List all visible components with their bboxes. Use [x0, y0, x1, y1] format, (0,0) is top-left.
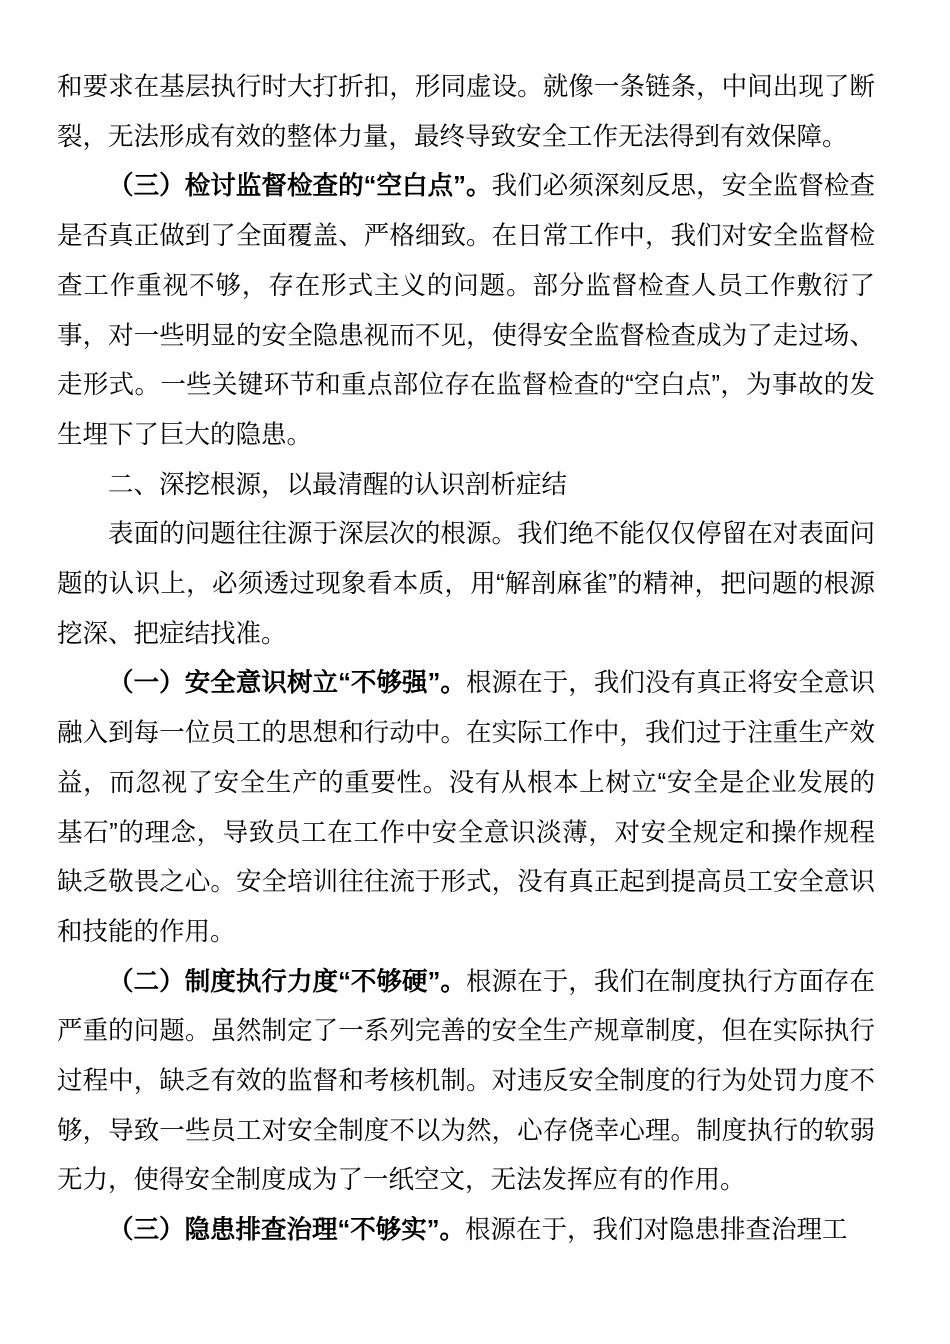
heading-section-two-root-causes: 二、深挖根源，以最清醒的认识剖析症结 — [57, 461, 875, 511]
body-text: 根源在于，我们在制度执行方面存在严重的问题。虽然制定了一系列完善的安全生产规章制… — [57, 968, 875, 1195]
document-text-area: 和要求在基层执行时大打折扣，形同虚设。就像一条链条，中间出现了断裂，无法形成有效… — [57, 63, 875, 1256]
bold-lead-in: （三）检讨监督检查的“空白点”。 — [108, 172, 492, 200]
paragraph-review-supervision-blind-spots: （三）检讨监督检查的“空白点”。我们必须深刻反思，安全监督检查是否真正做到了全面… — [57, 162, 875, 460]
paragraph-root-cause-intro: 表面的问题往往源于深层次的根源。我们绝不能仅仅停留在对表面问题的认识上，必须透过… — [57, 510, 875, 659]
paragraph-cause-safety-awareness: （一）安全意识树立“不够强”。根源在于，我们没有真正将安全意识融入到每一位员工的… — [57, 659, 875, 957]
body-text: 根源在于，我们没有真正将安全意识融入到每一位员工的思想和行动中。在实际工作中，我… — [57, 669, 875, 946]
paragraph-continuation-chain-break: 和要求在基层执行时大打折扣，形同虚设。就像一条链条，中间出现了断裂，无法形成有效… — [57, 63, 875, 162]
body-text: 根源在于，我们对隐患排查治理工 — [465, 1216, 848, 1244]
body-text: 我们必须深刻反思，安全监督检查是否真正做到了全面覆盖、严格细致。在日常工作中，我… — [57, 172, 875, 449]
body-text: 和要求在基层执行时大打折扣，形同虚设。就像一条链条，中间出现了断裂，无法形成有效… — [57, 73, 875, 151]
document-page: 和要求在基层执行时大打折扣，形同虚设。就像一条链条，中间出现了断裂，无法形成有效… — [0, 0, 950, 1344]
paragraph-cause-rule-enforcement: （二）制度执行力度“不够硬”。根源在于，我们在制度执行方面存在严重的问题。虽然制… — [57, 958, 875, 1207]
bold-lead-in: （二）制度执行力度“不够硬”。 — [108, 968, 466, 996]
heading-text: 二、深挖根源，以最清醒的认识剖析症结 — [108, 471, 567, 499]
paragraph-cause-hazard-investigation: （三）隐患排查治理“不够实”。根源在于，我们对隐患排查治理工 — [57, 1206, 875, 1256]
bold-lead-in: （一）安全意识树立“不够强”。 — [108, 669, 466, 697]
body-text: 表面的问题往往源于深层次的根源。我们绝不能仅仅停留在对表面问题的认识上，必须透过… — [57, 520, 875, 647]
bold-lead-in: （三）隐患排查治理“不够实”。 — [108, 1216, 465, 1244]
